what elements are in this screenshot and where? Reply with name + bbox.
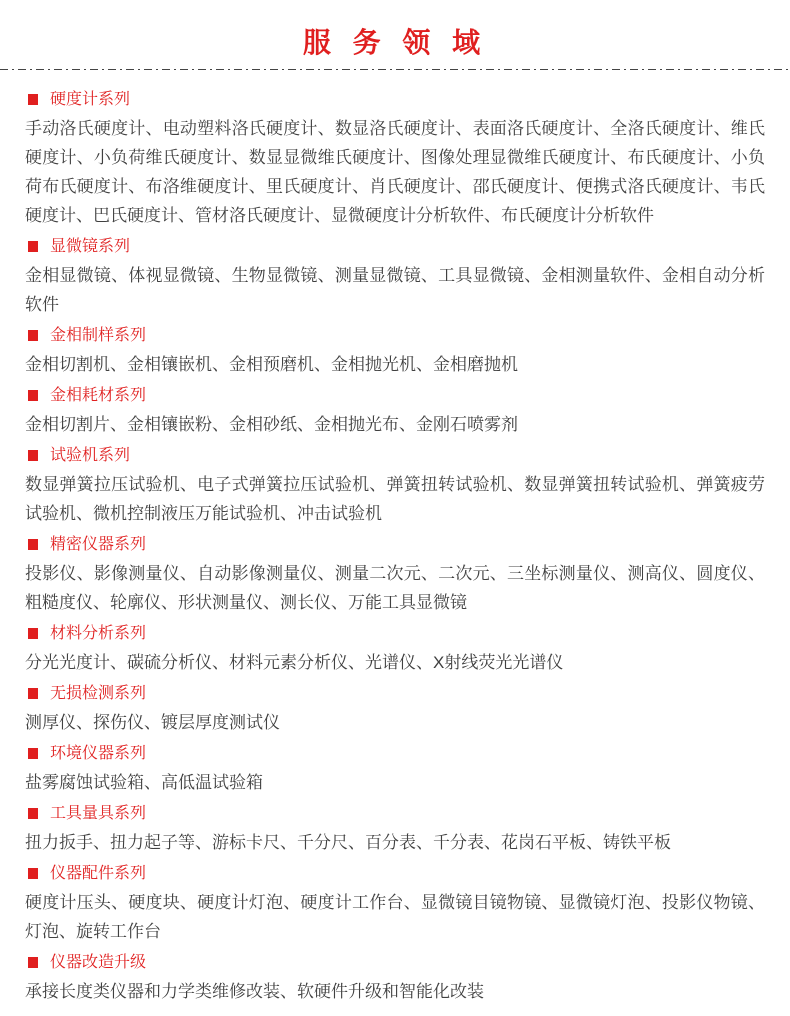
section-heading-label: 金相制样系列 [50,321,146,350]
section-heading: 无损检测系列 [25,679,765,708]
service-section: 环境仪器系列 盐雾腐蚀试验箱、高低温试验箱 [25,739,765,797]
section-items: 投影仪、影像测量仪、自动影像测量仪、测量二次元、二次元、三坐标测量仪、测高仪、圆… [25,559,765,617]
square-bullet-icon [28,241,38,252]
section-heading: 精密仪器系列 [25,530,765,559]
section-heading-label: 显微镜系列 [50,232,130,261]
section-items: 盐雾腐蚀试验箱、高低温试验箱 [25,768,765,797]
section-heading: 仪器改造升级 [25,948,765,977]
section-heading: 环境仪器系列 [25,739,765,768]
service-section: 金相制样系列 金相切割机、金相镶嵌机、金相预磨机、金相抛光机、金相磨抛机 [25,321,765,379]
section-items: 手动洛氏硬度计、电动塑料洛氏硬度计、数显洛氏硬度计、表面洛氏硬度计、全洛氏硬度计… [25,114,765,230]
section-items: 硬度计压头、硬度块、硬度计灯泡、硬度计工作台、显微镜目镜物镜、显微镜灯泡、投影仪… [25,888,765,946]
page-title: 服 务 领 域 [0,26,790,60]
section-heading: 试验机系列 [25,441,765,470]
square-bullet-icon [28,868,38,879]
section-heading: 金相耗材系列 [25,381,765,410]
square-bullet-icon [28,539,38,550]
section-items: 金相切割机、金相镶嵌机、金相预磨机、金相抛光机、金相磨抛机 [25,350,765,379]
section-heading-label: 环境仪器系列 [50,739,146,768]
section-heading-label: 硬度计系列 [50,85,130,114]
section-items: 数显弹簧拉压试验机、电子式弹簧拉压试验机、弹簧扭转试验机、数显弹簧扭转试验机、弹… [25,470,765,528]
section-heading-label: 无损检测系列 [50,679,146,708]
section-items: 扭力扳手、扭力起子等、游标卡尺、千分尺、百分表、千分表、花岗石平板、铸铁平板 [25,828,765,857]
section-heading-label: 仪器改造升级 [50,948,146,977]
square-bullet-icon [28,748,38,759]
section-items: 金相切割片、金相镶嵌粉、金相砂纸、金相抛光布、金刚石喷雾剂 [25,410,765,439]
section-heading: 显微镜系列 [25,232,765,261]
section-heading-label: 仪器配件系列 [50,859,146,888]
square-bullet-icon [28,450,38,461]
section-heading: 硬度计系列 [25,85,765,114]
service-section: 金相耗材系列 金相切割片、金相镶嵌粉、金相砂纸、金相抛光布、金刚石喷雾剂 [25,381,765,439]
section-heading-label: 精密仪器系列 [50,530,146,559]
section-heading: 仪器配件系列 [25,859,765,888]
square-bullet-icon [28,957,38,968]
service-areas-page: 服 务 领 域 硬度计系列 手动洛氏硬度计、电动塑料洛氏硬度计、数显洛氏硬度计、… [0,26,790,1016]
section-items: 分光光度计、碳硫分析仪、材料元素分析仪、光谱仪、X射线荧光光谱仪 [25,648,765,677]
service-section: 工具量具系列 扭力扳手、扭力起子等、游标卡尺、千分尺、百分表、千分表、花岗石平板… [25,799,765,857]
section-heading: 材料分析系列 [25,619,765,648]
service-section: 无损检测系列 测厚仪、探伤仪、镀层厚度测试仪 [25,679,765,737]
section-items: 金相显微镜、体视显微镜、生物显微镜、测量显微镜、工具显微镜、金相测量软件、金相自… [25,261,765,319]
service-section: 仪器配件系列 硬度计压头、硬度块、硬度计灯泡、硬度计工作台、显微镜目镜物镜、显微… [25,859,765,946]
square-bullet-icon [28,808,38,819]
section-items: 承接长度类仪器和力学类维修改装、软硬件升级和智能化改装 [25,977,765,1006]
square-bullet-icon [28,390,38,401]
section-heading-label: 材料分析系列 [50,619,146,648]
square-bullet-icon [28,628,38,639]
service-section: 试验机系列 数显弹簧拉压试验机、电子式弹簧拉压试验机、弹簧扭转试验机、数显弹簧扭… [25,441,765,528]
section-heading-label: 工具量具系列 [50,799,146,828]
section-items: 测厚仪、探伤仪、镀层厚度测试仪 [25,708,765,737]
square-bullet-icon [28,94,38,105]
square-bullet-icon [28,330,38,341]
section-heading-label: 金相耗材系列 [50,381,146,410]
sections-container: 硬度计系列 手动洛氏硬度计、电动塑料洛氏硬度计、数显洛氏硬度计、表面洛氏硬度计、… [0,71,790,1006]
service-section: 显微镜系列 金相显微镜、体视显微镜、生物显微镜、测量显微镜、工具显微镜、金相测量… [25,232,765,319]
service-section: 精密仪器系列 投影仪、影像测量仪、自动影像测量仪、测量二次元、二次元、三坐标测量… [25,530,765,617]
service-section: 仪器改造升级 承接长度类仪器和力学类维修改装、软硬件升级和智能化改装 [25,948,765,1006]
service-section: 硬度计系列 手动洛氏硬度计、电动塑料洛氏硬度计、数显洛氏硬度计、表面洛氏硬度计、… [25,85,765,230]
section-heading-label: 试验机系列 [50,441,130,470]
section-heading: 工具量具系列 [25,799,765,828]
square-bullet-icon [28,688,38,699]
section-heading: 金相制样系列 [25,321,765,350]
service-section: 材料分析系列 分光光度计、碳硫分析仪、材料元素分析仪、光谱仪、X射线荧光光谱仪 [25,619,765,677]
